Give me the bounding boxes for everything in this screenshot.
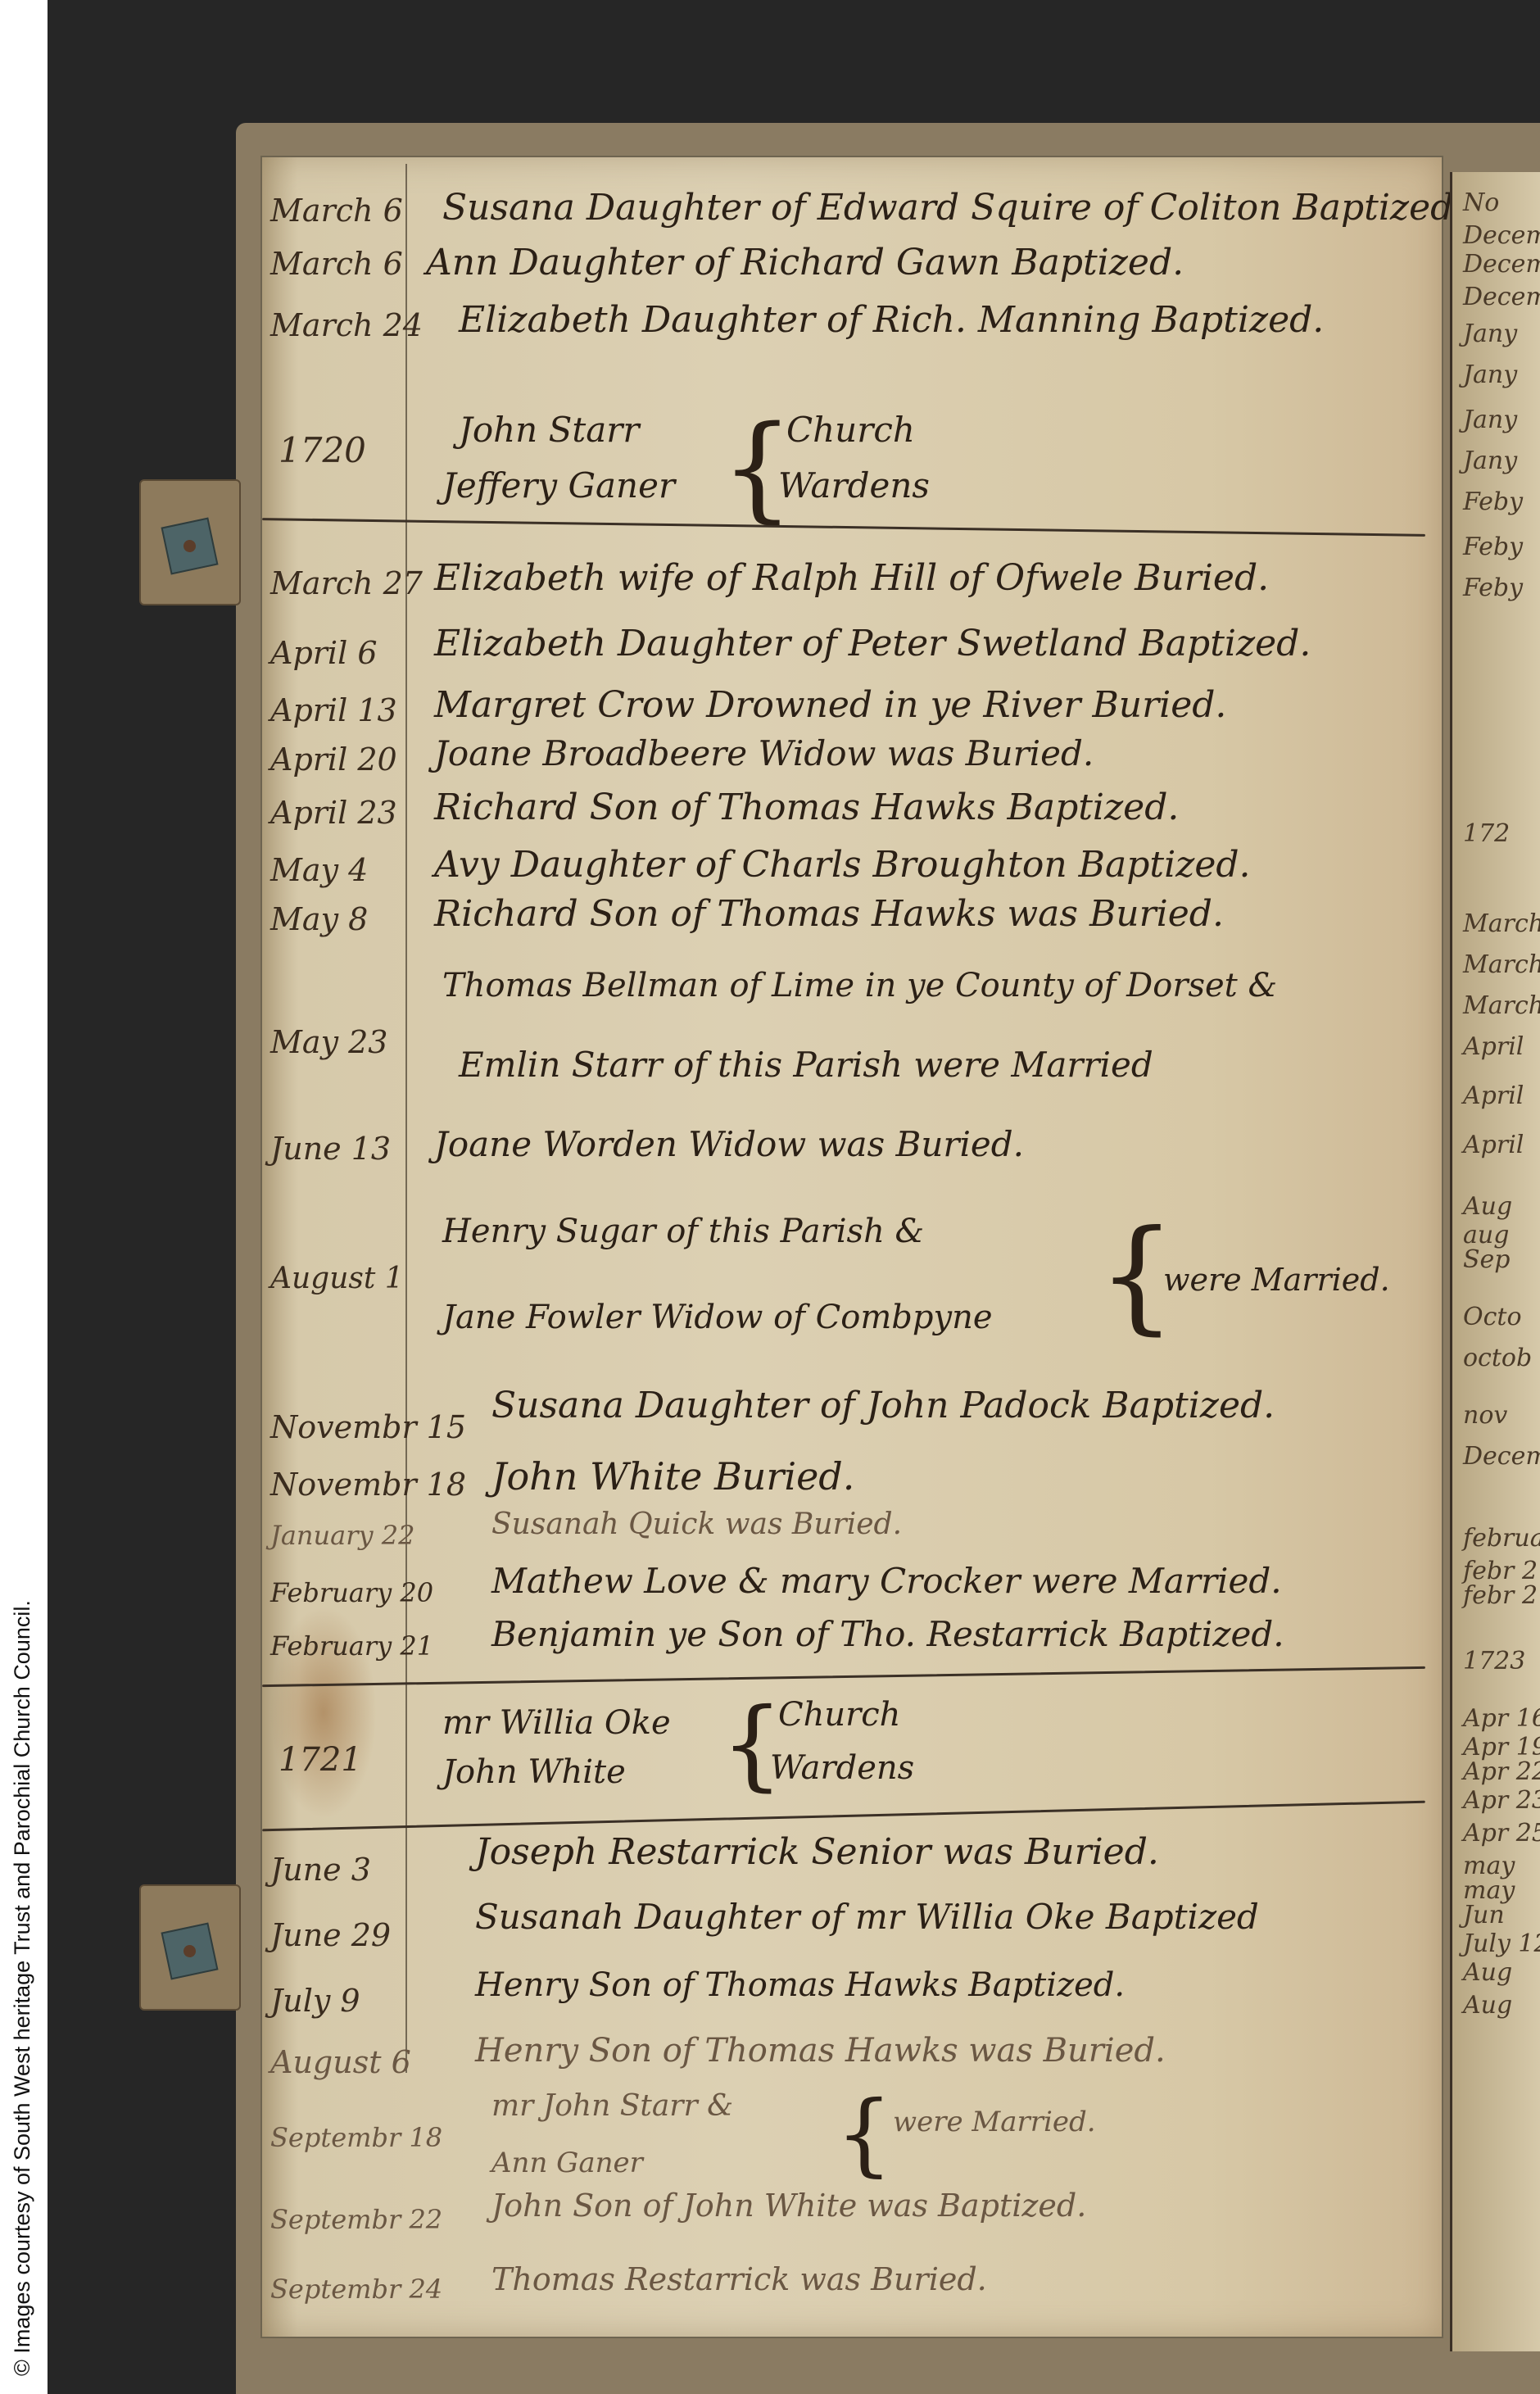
- entry-date: June 3: [270, 1852, 371, 1888]
- facing-page-entry: April: [1463, 1032, 1524, 1061]
- entry-date: Septembr 18: [270, 2122, 442, 2153]
- clasp-stud-icon: [161, 518, 219, 575]
- entry-text: Susanah Daughter of mr Willia Oke Baptiz…: [475, 1897, 1259, 1937]
- facing-page-entry: Jany: [1463, 406, 1517, 434]
- entry-text: Margret Crow Drowned in ye River Buried.: [434, 684, 1226, 726]
- warden-name: Jeffery Ganer: [442, 465, 675, 506]
- entry-date: May 4: [270, 852, 368, 888]
- facing-page-entry: Feby: [1463, 533, 1523, 561]
- entry-date: July 9: [270, 1983, 360, 2019]
- facing-page-entry: March: [1463, 991, 1540, 1020]
- year-label: 1720: [279, 430, 366, 470]
- facing-page-entry: febr 2: [1463, 1581, 1538, 1610]
- facing-page-entry: April: [1463, 1081, 1524, 1110]
- entry-date: February 21: [270, 1630, 433, 1662]
- marriage-suffix: were Married.: [1163, 1262, 1390, 1298]
- entry-text: Henry Son of Thomas Hawks was Buried.: [475, 2032, 1166, 2070]
- entry-date: March 24: [270, 307, 423, 343]
- facing-page-entry: Aug: [1463, 1958, 1512, 1987]
- entry-date: May 8: [270, 901, 368, 937]
- facing-page-entry: Apr 16: [1463, 1704, 1540, 1733]
- facing-page-entry: No: [1463, 188, 1499, 217]
- warden-name: John White: [442, 1753, 626, 1791]
- entry-text: Joseph Restarrick Senior was Buried.: [475, 1831, 1159, 1873]
- facing-page-entry: Jany: [1463, 447, 1517, 475]
- facing-page-entry: Jany: [1463, 360, 1517, 389]
- facing-page-entry: Apr 22: [1463, 1757, 1540, 1786]
- entry-text: John White Buried.: [491, 1454, 854, 1499]
- entry-date: February 20: [270, 1577, 433, 1608]
- facing-page-entry: octob: [1463, 1344, 1532, 1372]
- entry-text: Susana Daughter of Edward Squire of Coli…: [442, 187, 1465, 229]
- marriage-line: Ann Ganer: [491, 2147, 643, 2179]
- entry-date: June 13: [270, 1131, 391, 1167]
- entry-text: Richard Son of Thomas Hawks Baptized.: [434, 787, 1179, 828]
- entry-date: April 23: [270, 795, 397, 831]
- facing-page-entry: April: [1463, 1131, 1524, 1159]
- brace: {: [836, 2081, 893, 2186]
- facing-page-entry: Decem: [1463, 250, 1540, 279]
- facing-page-entry: februa: [1463, 1524, 1540, 1553]
- facing-page-entry: 1723: [1463, 1647, 1525, 1675]
- facing-page-entry: Decem: [1463, 283, 1540, 311]
- margin-rule: [405, 164, 407, 2073]
- facing-page-entry: Octo: [1463, 1303, 1522, 1331]
- entry-date: August 6: [270, 2044, 411, 2080]
- entry-date: April 20: [270, 741, 397, 778]
- facing-page-entry: Jun: [1463, 1901, 1505, 1929]
- entry-text: Benjamin ye Son of Tho. Restarrick Bapti…: [491, 1614, 1284, 1654]
- facing-page-entry: Decem: [1463, 1442, 1540, 1471]
- marriage-line: Jane Fowler Widow of Combpyne: [442, 1299, 993, 1336]
- warden-role: Church: [786, 410, 915, 450]
- entry-text: Elizabeth Daughter of Peter Swetland Bap…: [434, 623, 1311, 664]
- facing-page-entry: Aug: [1463, 1991, 1512, 2020]
- entry-date: Septembr 22: [270, 2204, 442, 2235]
- warden-role: Church: [778, 1696, 900, 1734]
- entry-date: Novembr 15: [270, 1409, 466, 1445]
- entry-text: Mathew Love & mary Crocker were Married.: [491, 1561, 1282, 1601]
- facing-page-entry: Jany: [1463, 320, 1517, 348]
- entry-text: Ann Daughter of Richard Gawn Baptized.: [426, 242, 1184, 283]
- copyright-notice: © Images courtesy of South West heritage…: [10, 1409, 35, 2376]
- entry-date: May 23: [270, 1024, 387, 1060]
- clasp-stud-icon: [161, 1923, 219, 1980]
- facing-page-entry: Aug: [1463, 1192, 1512, 1221]
- facing-page-entry: nov: [1463, 1401, 1507, 1430]
- clasp-bottom: [139, 1884, 241, 2011]
- facing-page-entry: 172: [1463, 819, 1510, 848]
- year-label: 1721: [279, 1741, 362, 1779]
- entry-date: Novembr 18: [270, 1467, 466, 1503]
- entry-text: Elizabeth wife of Ralph Hill of Ofwele B…: [434, 557, 1269, 599]
- marriage-line: Henry Sugar of this Parish &: [442, 1213, 924, 1250]
- entry-date: June 29: [270, 1917, 391, 1953]
- facing-page-entry: Apr 23: [1463, 1786, 1540, 1815]
- entry-date: August 1: [270, 1262, 404, 1295]
- marriage-line: Emlin Starr of this Parish were Married: [459, 1045, 1153, 1085]
- entry-text: Henry Son of Thomas Hawks Baptized.: [475, 1966, 1125, 2004]
- entry-date: March 6: [270, 193, 403, 229]
- facing-page-entry: March: [1463, 909, 1540, 938]
- entry-text: Joane Worden Widow was Buried.: [434, 1124, 1024, 1164]
- entry-text: Joane Broadbeere Widow was Buried.: [434, 733, 1094, 773]
- entry-text: Susana Daughter of John Padock Baptized.: [491, 1385, 1275, 1426]
- facing-page-entry: Apr 25: [1463, 1819, 1540, 1848]
- entry-text: Susanah Quick was Buried.: [491, 1508, 902, 1541]
- entry-date: Septembr 24: [270, 2274, 442, 2305]
- entry-text: John Son of John White was Baptized.: [491, 2188, 1086, 2224]
- warden-role: Wardens: [770, 1749, 914, 1787]
- warden-role: Wardens: [778, 465, 930, 506]
- entry-date: March 27: [270, 565, 423, 601]
- entry-date: January 22: [270, 1520, 414, 1551]
- entry-text: Avy Daughter of Charls Broughton Baptize…: [434, 844, 1251, 886]
- facing-page-entry: Decem: [1463, 221, 1540, 250]
- entry-date: April 13: [270, 692, 397, 728]
- facing-page-entry: Feby: [1463, 574, 1523, 602]
- entry-text: Richard Son of Thomas Hawks was Buried.: [434, 893, 1224, 935]
- entry-text: Thomas Restarrick was Buried.: [491, 2261, 987, 2297]
- entry-date: March 6: [270, 246, 403, 282]
- marriage-suffix: were Married.: [893, 2106, 1096, 2138]
- marriage-line: Thomas Bellman of Lime in ye County of D…: [442, 967, 1277, 1004]
- facing-page-entry: Sep: [1463, 1245, 1511, 1274]
- warden-name: mr Willia Oke: [442, 1704, 671, 1742]
- clasp-top: [139, 479, 241, 605]
- warden-name: John Starr: [459, 410, 639, 450]
- marriage-line: mr John Starr &: [491, 2089, 733, 2123]
- entry-text: Elizabeth Daughter of Rich. Manning Bapt…: [459, 299, 1324, 341]
- facing-page-entry: July 12: [1463, 1929, 1540, 1958]
- facing-page-entry: Feby: [1463, 487, 1523, 516]
- facing-page-entry: March: [1463, 950, 1540, 979]
- entry-date: April 6: [270, 635, 378, 671]
